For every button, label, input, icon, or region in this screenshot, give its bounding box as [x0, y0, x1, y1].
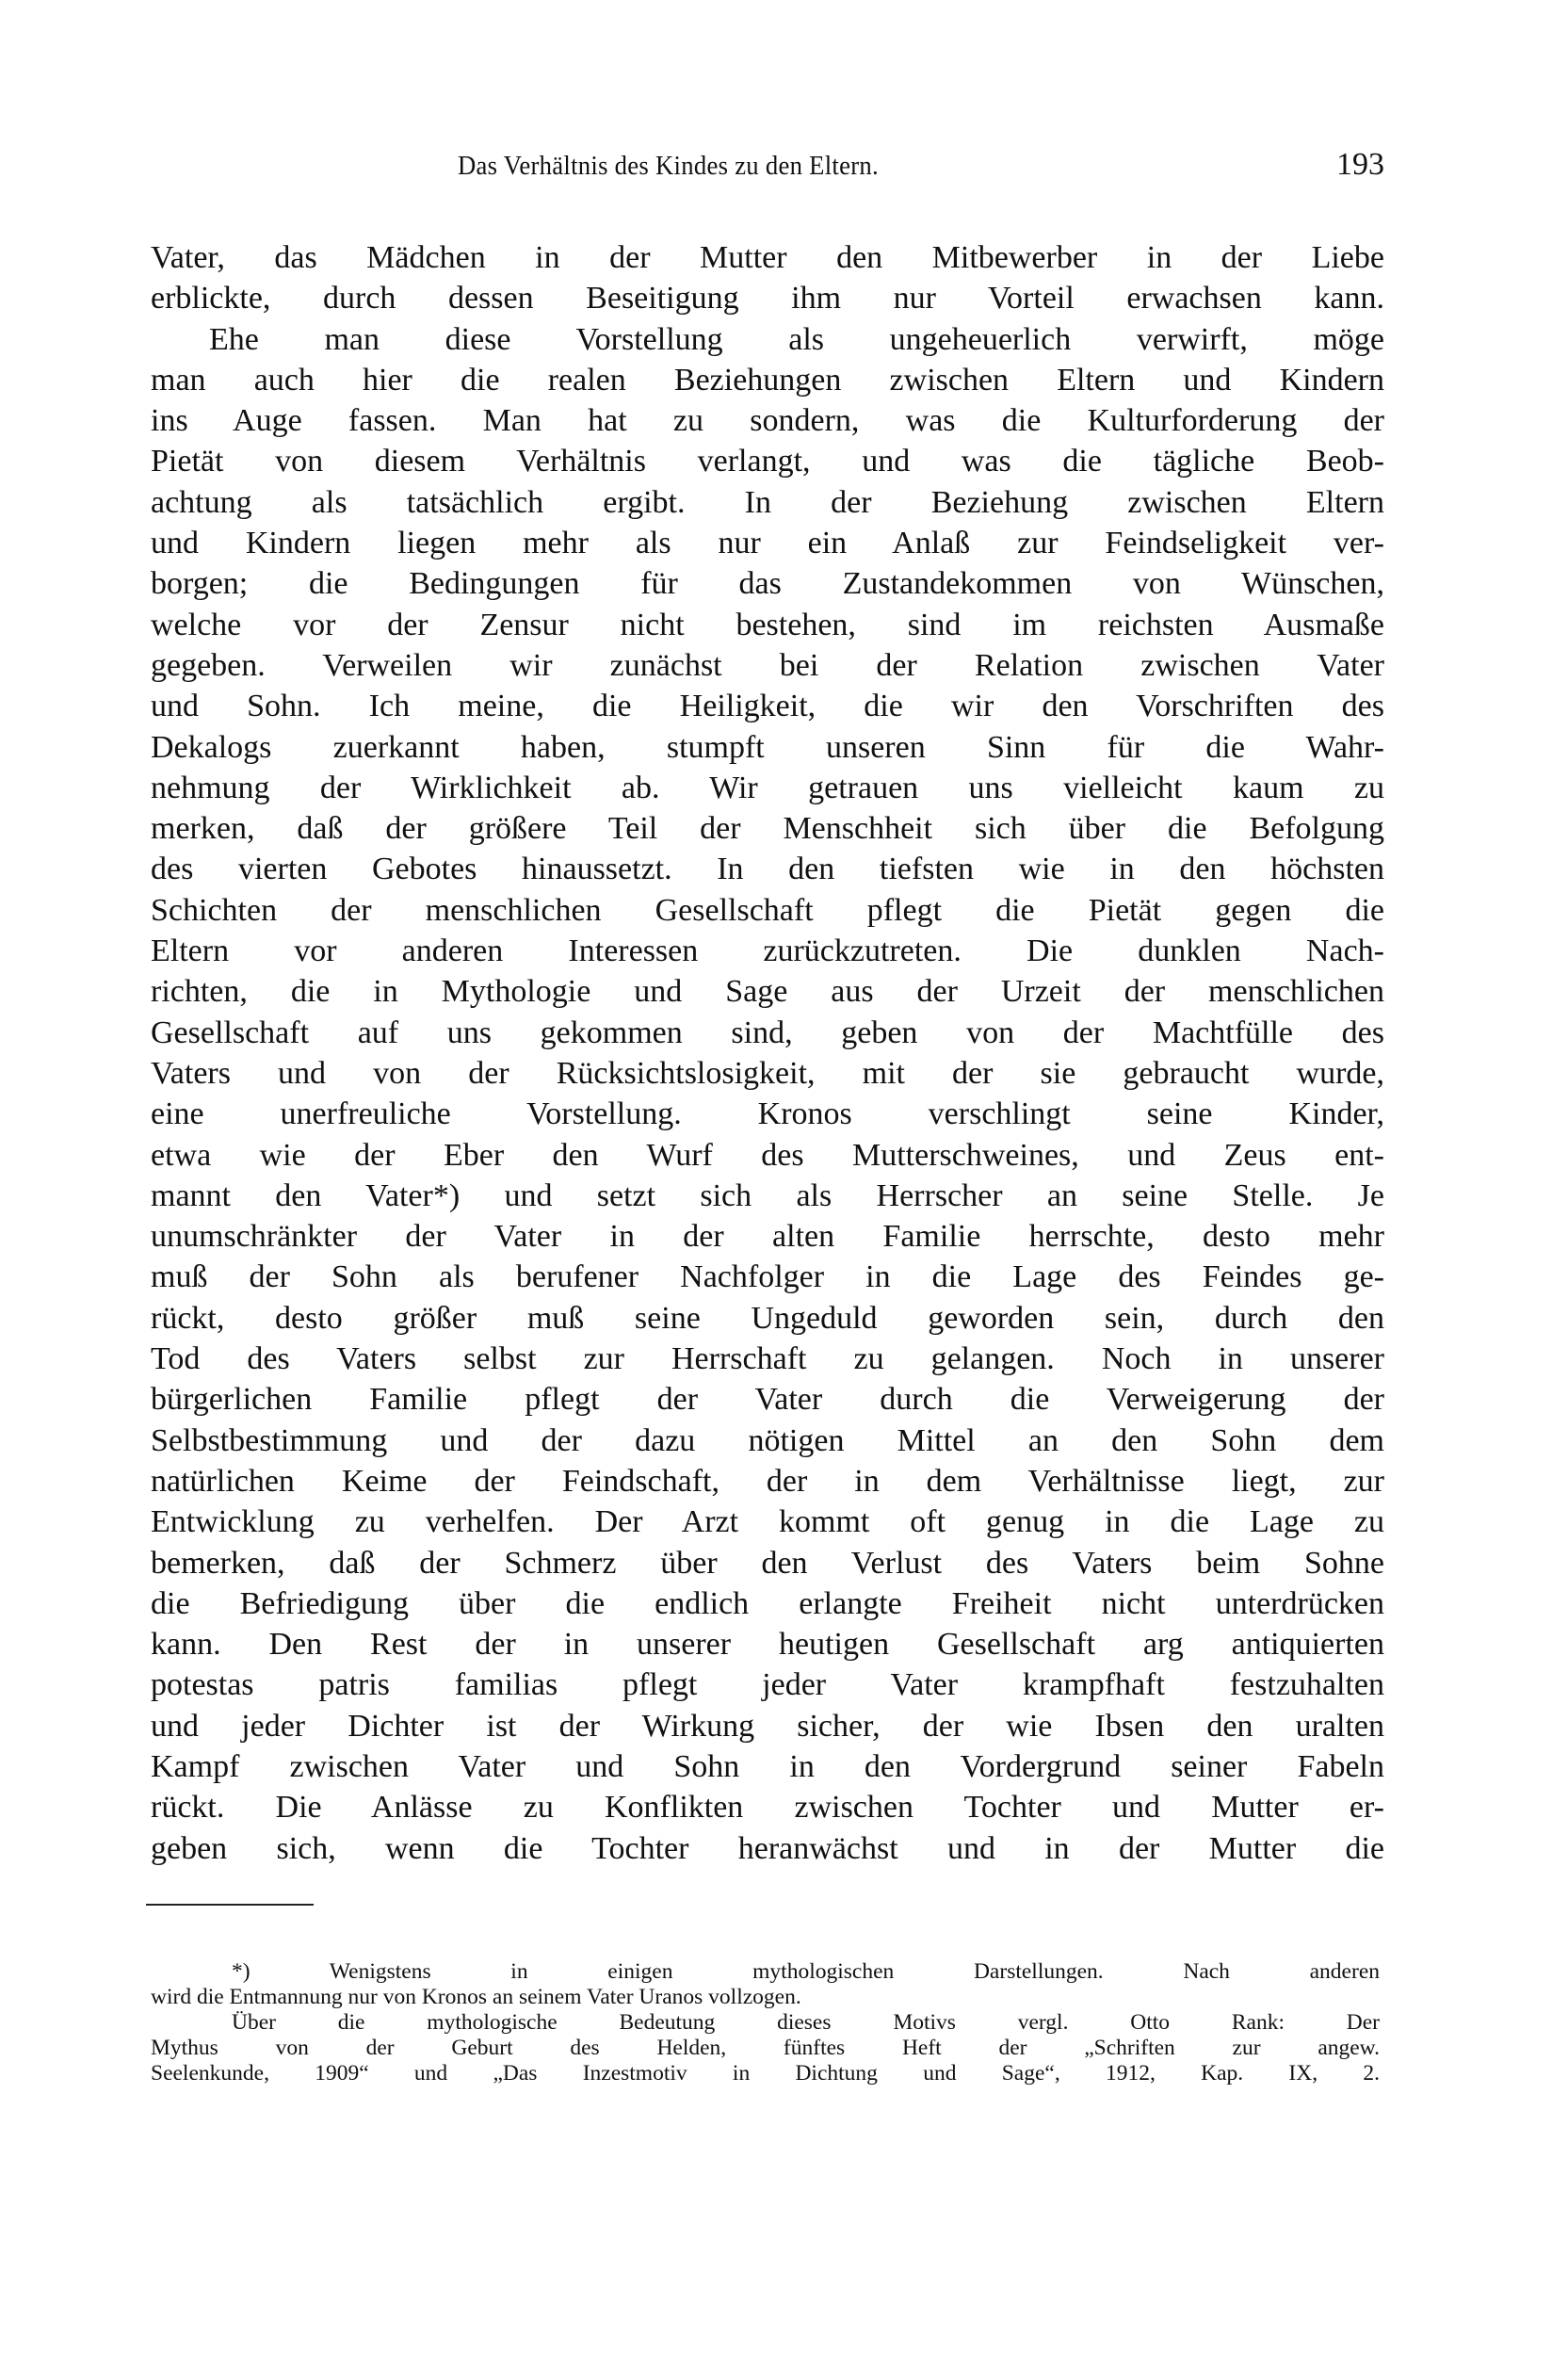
- text-line: man auch hier die realen Beziehungen zwi…: [151, 360, 1384, 400]
- footnotes: *) Wenigstens in einigen mythologischen …: [151, 1959, 1380, 2086]
- text-line: welche vor der Zensur nicht bestehen, si…: [151, 605, 1384, 645]
- text-line: unumschränkter der Vater in der alten Fa…: [151, 1216, 1384, 1257]
- text-line: Kampf zwischen Vater und Sohn in den Vor…: [151, 1746, 1384, 1787]
- text-line: muß der Sohn als berufener Nachfolger in…: [151, 1257, 1384, 1297]
- text-line: Entwicklung zu verhelfen. Der Arzt kommt…: [151, 1502, 1384, 1542]
- text-line: Vaters und von der Rücksichtslosigkeit, …: [151, 1053, 1384, 1094]
- paragraph-start-line: Ehe man diese Vorstellung als ungeheuerl…: [151, 319, 1384, 360]
- text-line: bürgerlichen Familie pflegt der Vater du…: [151, 1379, 1384, 1420]
- running-title: Das Verhältnis des Kindes zu den Eltern.: [458, 151, 879, 182]
- text-line: borgen; die Bedingungen für das Zustande…: [151, 563, 1384, 604]
- text-line: Vater, das Mädchen in der Mutter den Mit…: [151, 237, 1384, 278]
- text-line: Pietät von diesem Verhältnis verlangt, u…: [151, 441, 1384, 481]
- text-line: des vierten Gebotes hinaussetzt. In den …: [151, 849, 1384, 889]
- text-line: Tod des Vaters selbst zur Herrschaft zu …: [151, 1339, 1384, 1379]
- text-line: und jeder Dichter ist der Wirkung sicher…: [151, 1706, 1384, 1746]
- footnote-line: *) Wenigstens in einigen mythologischen …: [151, 1959, 1380, 1985]
- text-line: Eltern vor anderen Interessen zurückzutr…: [151, 931, 1384, 971]
- text-line: ins Auge fassen. Man hat zu sondern, was…: [151, 400, 1384, 441]
- text-line: eine unerfreuliche Vorstellung. Kronos v…: [151, 1094, 1384, 1134]
- footnote-line: Mythus von der Geburt des Helden, fünfte…: [151, 2036, 1380, 2061]
- running-head: Das Verhältnis des Kindes zu den Eltern.…: [151, 151, 1384, 188]
- footnote-line: Seelenkunde, 1909“ und „Das Inzestmotiv …: [151, 2061, 1380, 2086]
- book-page: Das Verhältnis des Kindes zu den Eltern.…: [0, 0, 1568, 2354]
- footnote-line: Über die mythologische Bedeutung dieses …: [151, 2010, 1380, 2036]
- page-number: 193: [1336, 147, 1384, 183]
- text-line: Schichten der menschlichen Gesellschaft …: [151, 890, 1384, 931]
- text-line: Gesellschaft auf uns gekommen sind, gebe…: [151, 1013, 1384, 1053]
- footnote-line: wird die Entmannung nur von Kronos an se…: [151, 1985, 1380, 2010]
- text-line: Selbstbestimmung und der dazu nötigen Mi…: [151, 1421, 1384, 1461]
- text-line: natürlichen Keime der Feindschaft, der i…: [151, 1461, 1384, 1502]
- text-line: und Sohn. Ich meine, die Heiligkeit, die…: [151, 686, 1384, 726]
- body-text: Vater, das Mädchen in der Mutter den Mit…: [151, 237, 1384, 1869]
- footnote-divider: [146, 1904, 314, 1906]
- text-line: richten, die in Mythologie und Sage aus …: [151, 971, 1384, 1012]
- text-line: gegeben. Verweilen wir zunächst bei der …: [151, 645, 1384, 686]
- text-line: potestas patris familias pflegt jeder Va…: [151, 1664, 1384, 1705]
- text-line: merken, daß der größere Teil der Menschh…: [151, 808, 1384, 849]
- text-line: achtung als tatsächlich ergibt. In der B…: [151, 482, 1384, 523]
- text-line: kann. Den Rest der in unserer heutigen G…: [151, 1624, 1384, 1664]
- text-line: etwa wie der Eber den Wurf des Muttersch…: [151, 1135, 1384, 1176]
- text-line: bemerken, daß der Schmerz über den Verlu…: [151, 1543, 1384, 1583]
- text-line: die Befriedigung über die endlich erlang…: [151, 1583, 1384, 1624]
- text-line: rückt, desto größer muß seine Ungeduld g…: [151, 1298, 1384, 1339]
- footnote-reference-line: mannt den Vater*) und setzt sich als Her…: [151, 1176, 1384, 1216]
- text-line: und Kindern liegen mehr als nur ein Anla…: [151, 523, 1384, 563]
- text-line: nehmung der Wirklichkeit ab. Wir getraue…: [151, 768, 1384, 808]
- text-line: Dekalogs zuerkannt haben, stumpft unsere…: [151, 727, 1384, 768]
- text-line: geben sich, wenn die Tochter heranwächst…: [151, 1828, 1384, 1869]
- text-line: erblickte, durch dessen Beseitigung ihm …: [151, 278, 1384, 318]
- text-line: rückt. Die Anlässe zu Konflikten zwische…: [151, 1787, 1384, 1827]
